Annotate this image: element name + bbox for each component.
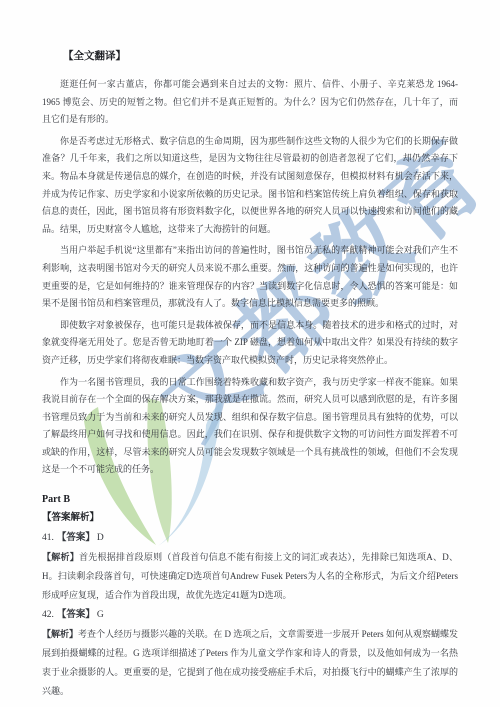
answer-item-41: 41.【答案】D 【解析】首先根据排首段原则（首段首句信息不能有衔接上文的词汇或…	[42, 528, 458, 605]
translation-paragraph-5: 作为一名图书管理员，我的日常工作围绕着特殊收藏和数字资产，我与历史学家一样夜不能…	[42, 374, 458, 480]
translation-paragraph-2: 你是否考虑过无形格式、数字信息的生命周期，因为那些制作这些文物的人很少为它们的长…	[42, 133, 458, 239]
answer-analysis-42: 【解析】考查个人经历与摄影兴趣的关联。在 D 选项之后，文章需要进一步展开 Pe…	[42, 625, 458, 701]
analysis-text-42: 考查个人经历与摄影兴趣的关联。在 D 选项之后，文章需要进一步展开 Peters…	[42, 629, 458, 696]
translation-section-title: 【全文翻译】	[42, 48, 458, 63]
part-b-section: Part B 【答案解析】 41.【答案】D 【解析】首先根据排首段原则（首段首…	[42, 491, 458, 701]
question-number-41: 41.	[42, 533, 54, 543]
answer-letter-41: D	[97, 533, 104, 543]
document-content: 【全文翻译】 逛逛任何一家古董店，你都可能会遇到来自过去的文物：照片、信件、小册…	[42, 48, 458, 701]
analysis-text-41: 首先根据排首段原则（首段首句信息不能有衔接上文的词汇或表达），先排除已知选项A、…	[42, 552, 458, 600]
translation-paragraph-4: 即使数字对象被保存，也可能只是载体被保存，而不是信息本身。随着技术的进步和格式的…	[42, 317, 458, 370]
translation-paragraph-3: 当用户举起手机说“这里都有”来指出访问的普遍性时，图书馆员无私的奉献精神可能会对…	[42, 242, 458, 312]
answer-analysis-41: 【解析】首先根据排首段原则（首段首句信息不能有衔接上文的词汇或表达），先排除已知…	[42, 548, 458, 605]
answer-label-42: 【答案】	[57, 610, 95, 620]
document-page: 文都教育 【全文翻译】 逛逛任何一家古董店，你都可能会遇到来自过去的文物：照片、…	[0, 0, 500, 707]
analysis-label-42: 【解析】	[42, 629, 78, 639]
answer-label-41: 【答案】	[57, 533, 95, 543]
answer-letter-42: G	[97, 610, 104, 620]
part-b-label: Part B	[42, 491, 458, 509]
answer-analysis-title: 【答案解析】	[42, 509, 458, 528]
answer-item-42: 42.【答案】G 【解析】考查个人经历与摄影兴趣的关联。在 D 选项之后，文章需…	[42, 605, 458, 701]
analysis-label-41: 【解析】	[42, 552, 79, 562]
question-number-42: 42.	[42, 610, 54, 620]
translation-paragraph-1: 逛逛任何一家古董店，你都可能会遇到来自过去的文物：照片、信件、小册子、辛克莱恐龙…	[42, 76, 458, 129]
answer-head-42: 42.【答案】G	[42, 605, 458, 625]
answer-head-41: 41.【答案】D	[42, 528, 458, 548]
